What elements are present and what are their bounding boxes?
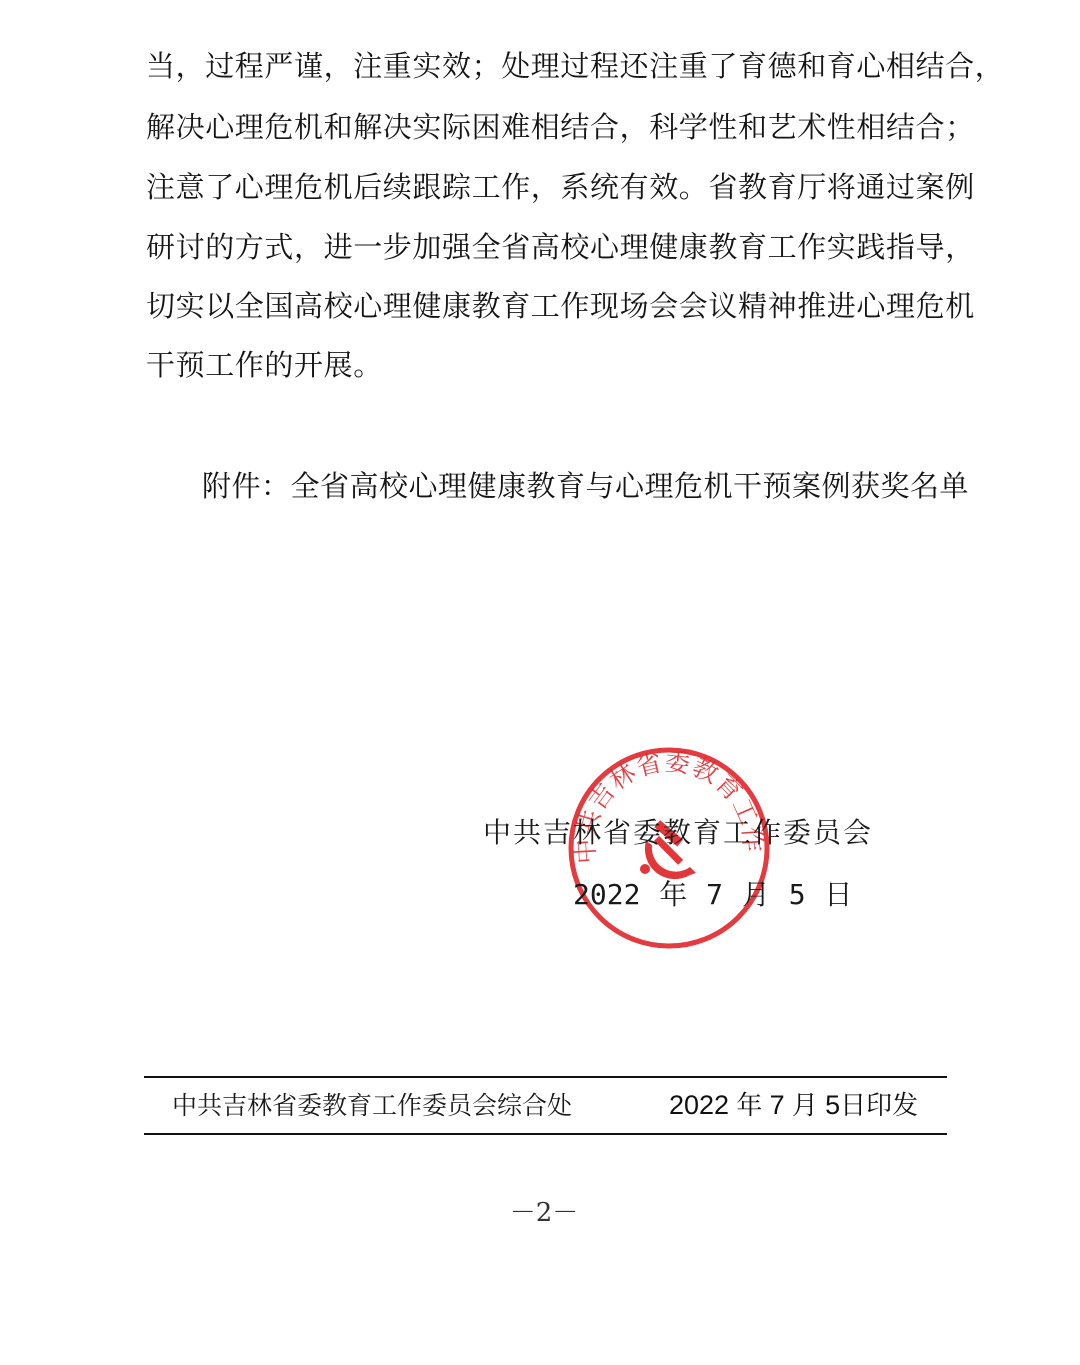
footer-issuer: 中共吉林省委教育工作委员会综合处 [172,1090,572,1122]
footer-top-rule [144,1076,947,1078]
page-number: －2－ [0,1198,1080,1228]
signature-date: 2022 年 7 月 5 日 [573,877,852,913]
body-line: 研讨的方式，进一步加强全省高校心理健康教育工作实践指导， [146,229,950,265]
issue-month-unit: 月 [792,1090,818,1120]
signature-organization: 中共吉林省委教育工作委员会 [483,815,873,851]
issue-year: 2022 [669,1090,729,1120]
footer-issue-date: 2022 年 7 月 5日印发 [669,1089,918,1121]
issue-month: 7 [770,1090,785,1120]
issue-year-unit: 年 [736,1090,762,1120]
body-line: 解决心理危机和解决实际困难相结合，科学性和艺术性相结合； [146,109,950,145]
body-line: 当，过程严谨，注重实效；处理过程还注重了育德和育心相结合， [146,48,950,84]
attachment-note: 附件：全省高校心理健康教育与心理危机干预案例获奖名单 [202,468,969,504]
issue-day: 5 [825,1090,840,1120]
body-line: 干预工作的开展。 [146,347,950,383]
body-line: 切实以全国高校心理健康教育工作现场会会议精神推进心理危机 [146,288,950,324]
footer-bottom-rule [144,1133,947,1135]
body-line: 注意了心理危机后续跟踪工作，系统有效。省教育厅将通过案例 [146,169,950,205]
issue-day-unit: 日印发 [840,1090,918,1120]
